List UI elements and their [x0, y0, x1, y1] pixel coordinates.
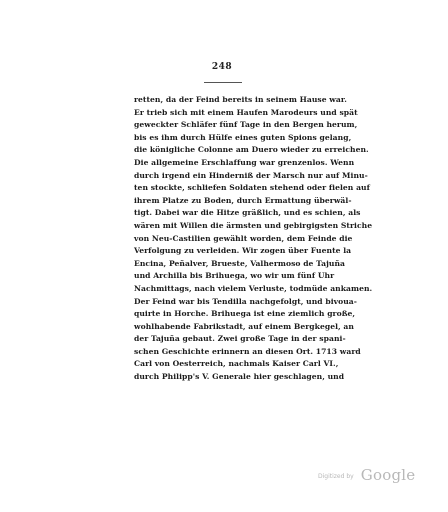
text-line: wären mit Willen die ärmsten und gebirgi… [134, 220, 312, 233]
book-page: 248 retten, da der Feind bereits in sein… [0, 0, 448, 512]
text-line: durch irgend ein Hinderniß der Marsch nu… [134, 170, 312, 183]
text-line: Die allgemeine Erschlaffung war grenzenl… [134, 157, 312, 170]
body-text: retten, da der Feind bereits in seinem H… [134, 94, 312, 384]
text-line: Er trieb sich mit einem Haufen Marodeurs… [134, 107, 312, 120]
text-line: Nachmittags, nach vielem Verluste, todmü… [134, 283, 312, 296]
text-line: schen Geschichte erinnern an diesen Ort.… [134, 346, 312, 359]
watermark-prefix: Digitized by [318, 473, 354, 480]
text-line: bis es ihm durch Hülfe eines guten Spion… [134, 132, 312, 145]
text-line: Verfolgung zu verleiden. Wir zogen über … [134, 245, 312, 258]
text-line: retten, da der Feind bereits in seinem H… [134, 94, 312, 107]
text-line: die königliche Colonne am Duero wieder z… [134, 144, 312, 157]
text-line: der Tajuña gebaut. Zwei große Tage in de… [134, 333, 312, 346]
text-line: quirte in Horche. Brihuega ist eine ziem… [134, 308, 312, 321]
text-line: wohlhabende Fabrikstadt, auf einem Bergk… [134, 321, 312, 334]
text-line: tigt. Dabei war die Hitze gräßlich, und … [134, 207, 312, 220]
digitized-by-google-watermark: Digitized by Google [318, 465, 415, 484]
text-line: durch Philipp's V. Generale hier geschla… [134, 371, 312, 384]
page-number: 248 [206, 62, 238, 72]
text-line: Carl von Oesterreich, nachmals Kaiser Ca… [134, 358, 312, 371]
header-rule [204, 82, 242, 83]
google-logo-text: Google [361, 466, 416, 484]
text-line: geweckter Schläfer fünf Tage in den Berg… [134, 119, 312, 132]
text-line: und Archilla bis Brihuega, wo wir um fün… [134, 270, 312, 283]
text-line: von Neu-Castilien gewählt worden, dem Fe… [134, 233, 312, 246]
text-line: ten stockte, schliefen Soldaten stehend … [134, 182, 312, 195]
text-line: ihrem Platze zu Boden, durch Ermattung ü… [134, 195, 312, 208]
text-line: Der Feind war bis Tendilla nachgefolgt, … [134, 296, 312, 309]
text-line: Encina, Peñalver, Brueste, Valhermoso de… [134, 258, 312, 271]
